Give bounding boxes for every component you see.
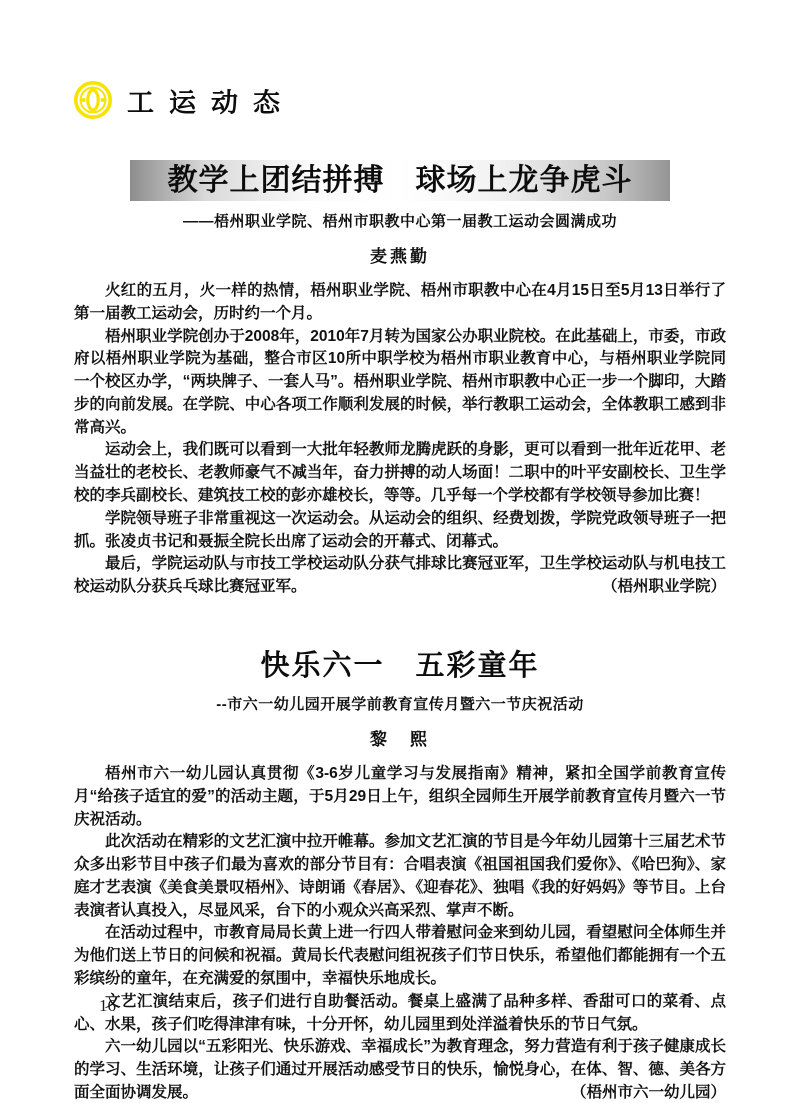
paragraph: 文艺汇演结束后，孩子们进行自助餐活动。餐桌上盛满了品种多样、香甜可口的菜肴、点心… (74, 991, 726, 1037)
paragraph: 此次活动在精彩的文艺汇演中拉开帷幕。参加文艺汇演的节目是今年幼儿园第十三届艺术节… (74, 831, 726, 922)
masthead-title: 工运动态 (127, 81, 295, 118)
article-body: 梧州市六一幼儿园认真贯彻《3-6岁儿童学习与发展指南》精神，紧扣全国学前教育宣传… (74, 763, 726, 1103)
paragraph: 梧州职业学院创办于2008年，2010年7月转为国家公办职业院校。在此基础上，市… (74, 326, 726, 440)
article-author: 麦燕勤 (74, 242, 726, 267)
paragraph: 学院领导班子非常重视这一次运动会。从运动会的组织、经费划拨，学院党政领导班子一把… (74, 508, 726, 554)
article-subtitle: --市六一幼儿园开展学前教育宣传月暨六一节庆祝活动 (74, 693, 726, 714)
paragraph-with-attribution: 六一幼儿园以“五彩阳光、快乐游戏、幸福成长”为教育理念，努力营造有利于孩子健康成… (74, 1036, 726, 1103)
article-attribution: （梧州市六一幼儿园） (571, 1082, 726, 1103)
article-sports-meet: 教学上团结拼搏 球场上龙争虎斗 ——梧州职业学院、梧州市职教中心第一届教工运动会… (74, 160, 726, 599)
masthead: 工运动态 (73, 80, 800, 120)
paragraph-with-attribution: 最后，学院运动队与市技工学校运动队分获气排球比赛冠亚军，卫生学校运动队与机电技工… (74, 553, 726, 599)
article-title-band: 教学上团结拼搏 球场上龙争虎斗 (130, 160, 670, 201)
article-subtitle: ——梧州职业学院、梧州市职教中心第一届教工运动会圆满成功 (74, 210, 726, 231)
page-number: 16 (99, 996, 116, 1016)
paragraph: 火红的五月，火一样的热情，梧州职业学院、梧州市职教中心在4月15日至5月13日举… (74, 280, 726, 326)
article-title: 快乐六一 五彩童年 (260, 650, 539, 682)
article-title-row: 快乐六一 五彩童年 (74, 643, 726, 684)
article-attribution: （梧州职业学院） (602, 576, 726, 599)
paragraph: 运动会上，我们既可以看到一大批年轻教师龙腾虎跃的身影，更可以看到一批年近花甲、老… (74, 439, 726, 507)
magazine-page: 工运动态 教学上团结拼搏 球场上龙争虎斗 ——梧州职业学院、梧州市职教中心第一届… (0, 0, 800, 1103)
paragraph: 在活动过程中，市教育局局长黄上进一行四人带着慰问金来到幼儿园，看望慰问全体师生并… (74, 922, 726, 990)
article-body: 火红的五月，火一样的热情，梧州职业学院、梧州市职教中心在4月15日至5月13日举… (74, 280, 726, 599)
article-title: 教学上团结拼搏 球场上龙争虎斗 (168, 164, 633, 197)
article-author: 黎 熙 (74, 725, 726, 750)
paragraph: 梧州市六一幼儿园认真贯彻《3-6岁儿童学习与发展指南》精神，紧扣全国学前教育宣传… (74, 763, 726, 831)
article-kindergarten: 快乐六一 五彩童年 --市六一幼儿园开展学前教育宣传月暨六一节庆祝活动 黎 熙 … (74, 643, 726, 1103)
union-emblem-icon (73, 80, 113, 120)
